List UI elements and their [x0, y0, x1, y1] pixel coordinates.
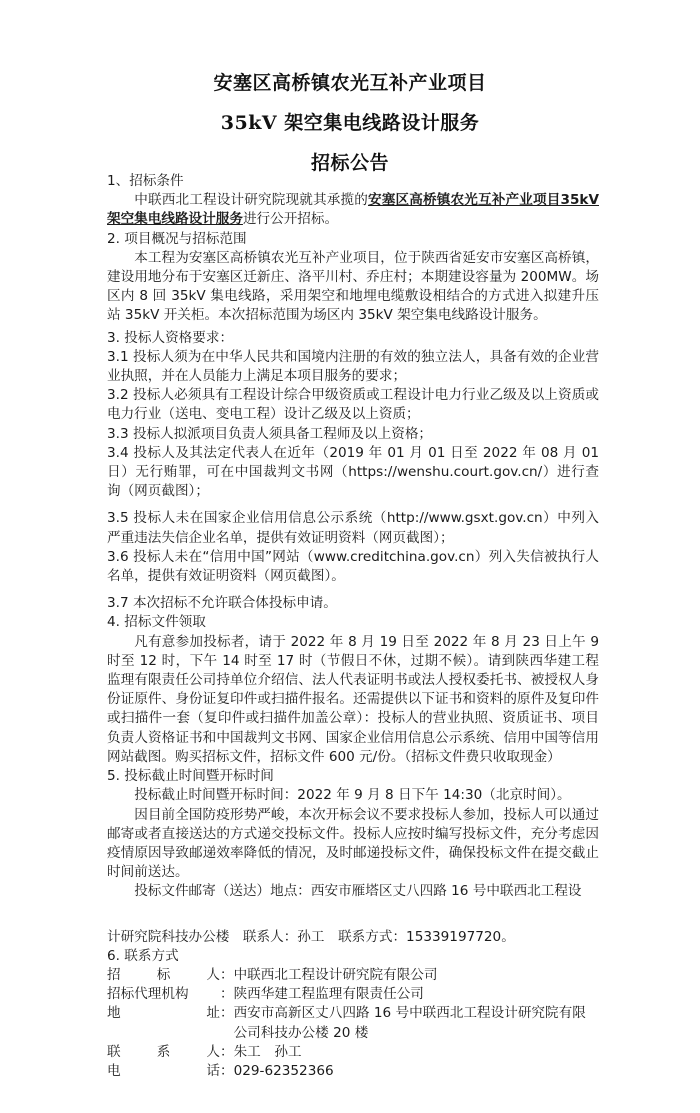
delivery-address-line-2: 计研究院科技办公楼 联系人：孙工 联系方式：15339197720。	[107, 928, 599, 947]
section-1-paragraph: 中联西北工程设计研究院现就其承揽的安塞区高桥镇农光互补产业项目35kV架空集电线…	[107, 191, 599, 229]
section-4-paragraph: 凡有意参加投标者，请于 2022 年 8 月 19 日至 2022 年 8 月 …	[107, 633, 599, 767]
document-body: 1、招标条件 中联西北工程设计研究院现就其承揽的安塞区高桥镇农光互补产业项目35…	[107, 172, 599, 1081]
section-heading-5: 5. 投标截止时间暨开标时间	[107, 767, 599, 786]
qualification-item-3-3: 3.3 投标人拟派项目负责人须具备工程师及以上资格；	[107, 425, 599, 444]
title-line-announcement: 招标公告	[0, 148, 700, 175]
contact-value-phone: 029-62352366	[234, 1062, 599, 1081]
section-heading-2: 2. 项目概况与招标范围	[107, 230, 599, 249]
contact-value-agency: 陕西华建工程监理有限责任公司	[234, 985, 599, 1004]
qualification-item-3-7: 3.7 本次招标不允许联合体投标申请。	[107, 594, 599, 613]
s1-prefix: 中联西北工程设计研究院现就其承揽的	[134, 192, 368, 208]
contact-label: 招 标 人	[107, 966, 220, 985]
section-heading-3: 3. 投标人资格要求：	[107, 329, 599, 348]
qualification-item-3-5: 3.5 投标人未在国家企业信用信息公示系统（http://www.gsxt.go…	[107, 509, 599, 547]
deadline-paragraph: 投标截止时间暨开标时间：2022 年 9 月 8 日下午 14:30（北京时间）…	[107, 786, 599, 805]
section-heading-6: 6. 联系方式	[107, 947, 599, 966]
title-line-service: 35kV 架空集电线路设计服务	[0, 108, 700, 135]
contact-row-address: 地 址 ： 西安市高新区丈八四路 16 号中联西北工程设计研究院有限公司科技办公…	[107, 1004, 599, 1042]
document-page: 安塞区高桥镇农光互补产业项目 35kV 架空集电线路设计服务 招标公告 1、招标…	[0, 0, 700, 1113]
contact-row-tenderer: 招 标 人 ： 中联西北工程设计研究院有限公司	[107, 966, 599, 985]
qualification-item-3-4: 3.4 投标人及其法定代表人在近年（2019 年 01 月 01 日至 2022…	[107, 444, 599, 502]
section-heading-4: 4. 招标文件领取	[107, 613, 599, 632]
contact-label: 电 话	[107, 1062, 220, 1081]
contact-row-phone: 电 话 ： 029-62352366	[107, 1062, 599, 1081]
delivery-address-line-1: 投标文件邮寄（送达）地点：西安市雁塔区丈八四路 16 号中联西北工程设	[107, 882, 599, 901]
section-2-paragraph: 本工程为安塞区高桥镇农光互补产业项目，位于陕西省延安市安塞区高桥镇，建设用地分布…	[107, 249, 599, 326]
title-line-project: 安塞区高桥镇农光互补产业项目	[0, 68, 700, 95]
qualification-item-3-1: 3.1 投标人须为在中华人民共和国境内注册的有效的独立法人，具备有效的企业营业执…	[107, 348, 599, 386]
contact-value-tenderer: 中联西北工程设计研究院有限公司	[234, 966, 599, 985]
contact-row-person: 联 系 人 ： 朱工 孙工	[107, 1043, 599, 1062]
contact-value-address: 西安市高新区丈八四路 16 号中联西北工程设计研究院有限公司科技办公楼 20 楼	[234, 1004, 599, 1042]
contact-row-agency: 招标代理机构 ： 陕西华建工程监理有限责任公司	[107, 985, 599, 1004]
section-heading-1: 1、招标条件	[107, 172, 599, 191]
epidemic-notice-paragraph: 因目前全国防疫形势严峻，本次开标会议不要求投标人参加，投标人可以通过邮寄或者直接…	[107, 806, 599, 883]
contact-label: 地 址	[107, 1004, 220, 1042]
contact-value-person: 朱工 孙工	[234, 1043, 599, 1062]
s1-suffix: 进行公开招标。	[243, 211, 338, 227]
contact-label: 招标代理机构	[107, 985, 220, 1004]
qualification-item-3-2: 3.2 投标人必须具有工程设计综合甲级资质或工程设计电力行业乙级及以上资质或电力…	[107, 386, 599, 424]
qualification-item-3-6: 3.6 投标人未在“信用中国”网站（www.creditchina.gov.cn…	[107, 548, 599, 586]
contact-label: 联 系 人	[107, 1043, 220, 1062]
